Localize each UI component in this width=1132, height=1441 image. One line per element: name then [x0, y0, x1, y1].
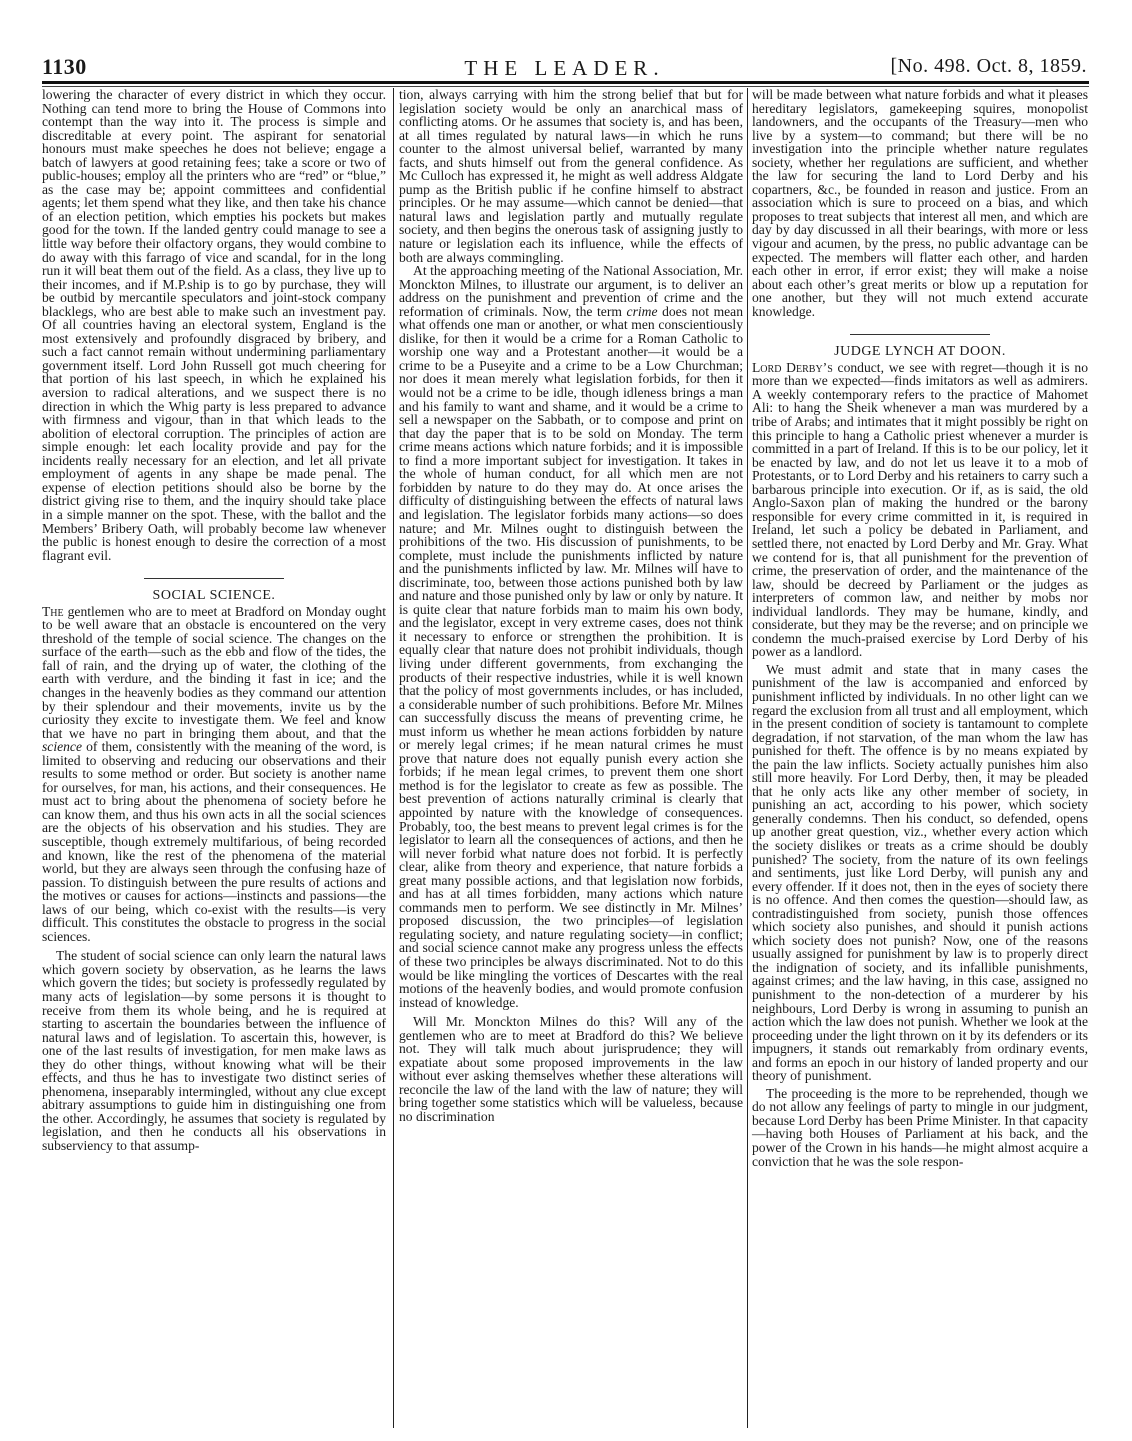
header-rule-thick	[42, 81, 1089, 84]
issue-date: [No. 498. Oct. 8, 1859.	[891, 55, 1087, 78]
article-paragraph: The gentlemen who are to meet at Bradfor…	[42, 605, 386, 944]
column-divider-2	[747, 88, 748, 1428]
article-paragraph: will be made between what nature forbids…	[752, 88, 1088, 318]
column-divider-1	[393, 88, 394, 1428]
article-paragraph: Lord Derby’s conduct, we see with regret…	[752, 361, 1088, 659]
article-paragraph: We must admit and state that in many cas…	[752, 663, 1088, 1083]
section-title-social-science: SOCIAL SCIENCE.	[42, 589, 386, 603]
section-divider	[144, 578, 284, 579]
article-paragraph: The proceeding is the more to be reprehe…	[752, 1087, 1088, 1168]
section-divider	[850, 334, 990, 335]
column-middle: tion, always carrying with him the stron…	[399, 88, 743, 1124]
masthead: 1130 THE LEADER. [No. 498. Oct. 8, 1859.	[42, 50, 1087, 80]
article-paragraph: lowering the character of every district…	[42, 88, 386, 562]
section-title-judge-lynch: JUDGE LYNCH AT DOON.	[752, 345, 1088, 359]
column-left: lowering the character of every district…	[42, 88, 386, 1153]
article-paragraph: The student of social science can only l…	[42, 949, 386, 1152]
article-paragraph: At the approaching meeting of the Nation…	[399, 264, 743, 1009]
article-paragraph: Will Mr. Monckton Milnes do this? Will a…	[399, 1015, 743, 1123]
article-paragraph: tion, always carrying with him the stron…	[399, 88, 743, 264]
column-right: will be made between what nature forbids…	[752, 88, 1088, 1168]
